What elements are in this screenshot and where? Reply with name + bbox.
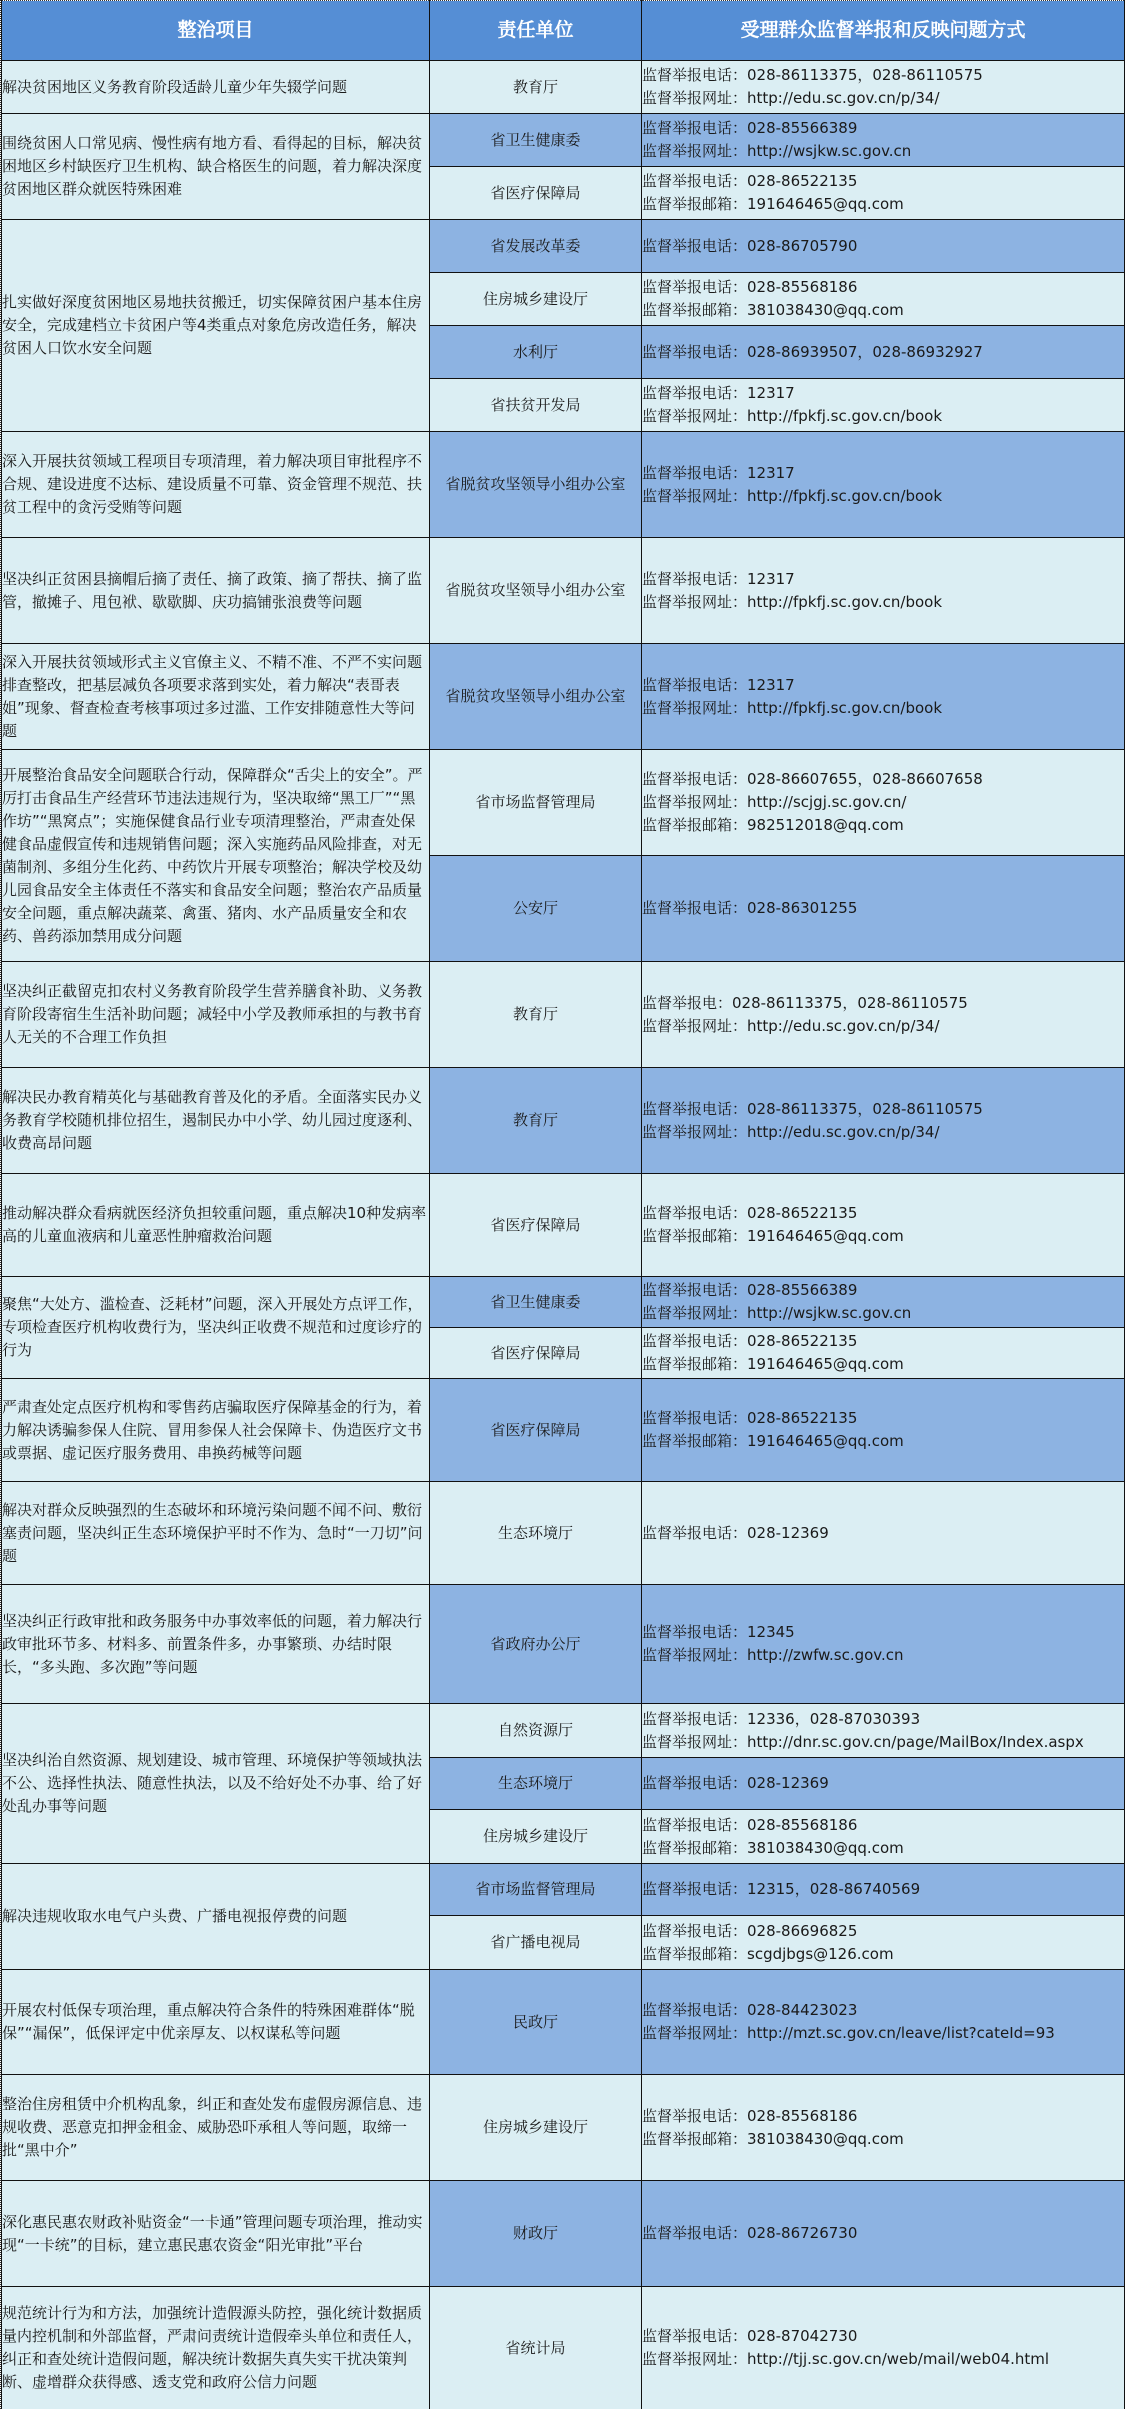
contact-method-cell: 监督举报电话：12317监督举报网址：http://fpkfj.sc.gov.c… [642,538,1125,644]
responsible-unit-cell: 省卫生健康委 [430,114,642,167]
report-website-link[interactable]: 监督举报网址：http://dnr.sc.gov.cn/page/MailBox… [642,1731,1124,1754]
header-contact: 受理群众监督举报和反映问题方式 [642,1,1125,61]
report-website-link[interactable]: 监督举报网址：http://edu.sc.gov.cn/p/34/ [642,1015,1124,1038]
contact-method-cell: 监督举报电话：028-85568186监督举报邮箱：381038430@qq.c… [642,1810,1125,1864]
responsible-unit-cell: 省发展改革委 [430,220,642,273]
table-row: 解决对群众反映强烈的生态破坏和环境污染问题不闻不问、敷衍塞责问题，坚决纠正生态环… [2,1482,1125,1585]
responsible-unit-cell: 省脱贫攻坚领导小组办公室 [430,644,642,750]
responsible-unit-cell: 教育厅 [430,61,642,114]
report-website-link[interactable]: 监督举报网址：http://fpkfj.sc.gov.cn/book [642,405,1124,428]
rectification-table: 整治项目 责任单位 受理群众监督举报和反映问题方式 解决贫困地区义务教育阶段适龄… [1,0,1125,2409]
rectification-item-cell: 坚决纠治自然资源、规划建设、城市管理、环境保护等领域执法不公、选择性执法、随意性… [2,1704,430,1864]
table-row: 解决违规收取水电气户头费、广播电视报停费的问题省市场监督管理局监督举报电话：12… [2,1864,1125,1916]
contact-method-cell: 监督举报电话：028-85568186监督举报邮箱：381038430@qq.c… [642,273,1125,326]
report-phone: 监督举报电话：028-86726730 [642,2222,1124,2245]
report-phone: 监督举报电话：028-86522135 [642,1407,1124,1430]
responsible-unit-cell: 生态环境厅 [430,1482,642,1585]
responsible-unit-cell: 省政府办公厅 [430,1585,642,1704]
contact-method-cell: 监督举报电话：028-85566389监督举报网址：http://wsjkw.s… [642,114,1125,167]
contact-method-cell: 监督举报电话：028-85568186监督举报邮箱：381038430@qq.c… [642,2075,1125,2181]
rectification-item-cell: 解决违规收取水电气户头费、广播电视报停费的问题 [2,1864,430,1970]
contact-method-cell: 监督举报电话：028-86522135监督举报邮箱：191646465@qq.c… [642,1328,1125,1379]
responsible-unit-cell: 省统计局 [430,2287,642,2409]
responsible-unit-cell: 教育厅 [430,1068,642,1174]
table-row: 严肃查处定点医疗机构和零售药店骗取医疗保障基金的行为，着力解决诱骗参保人住院、冒… [2,1379,1125,1482]
report-phone: 监督举报电话：028-86607655，028-86607658 [642,768,1124,791]
table-body: 解决贫困地区义务教育阶段适龄儿童少年失辍学问题教育厅监督举报电话：028-861… [2,61,1125,2409]
report-email: 监督举报邮箱：191646465@qq.com [642,1430,1124,1453]
report-website-link[interactable]: 监督举报网址：http://wsjkw.sc.gov.cn [642,140,1124,163]
report-phone: 监督举报电话：028-86113375，028-86110575 [642,1098,1124,1121]
header-unit: 责任单位 [430,1,642,61]
table-row: 解决贫困地区义务教育阶段适龄儿童少年失辍学问题教育厅监督举报电话：028-861… [2,61,1125,114]
contact-method-cell: 监督举报电话：028-86113375，028-86110575监督举报网址：h… [642,61,1125,114]
table-row: 深入开展扶贫领域工程项目专项清理，着力解决项目审批程序不合规、建设进度不达标、建… [2,432,1125,538]
responsible-unit-cell: 省医疗保障局 [430,1328,642,1379]
responsible-unit-cell: 省市场监督管理局 [430,1864,642,1916]
report-email: 监督举报邮箱：191646465@qq.com [642,1225,1124,1248]
contact-method-cell: 监督举报电话：028-86522135监督举报邮箱：191646465@qq.c… [642,167,1125,220]
rectification-item-cell: 开展整治食品安全问题联合行动，保障群众“舌尖上的安全”。严厉打击食品生产经营环节… [2,750,430,962]
report-email: 监督举报邮箱：381038430@qq.com [642,1837,1124,1860]
report-email: 监督举报邮箱：scgdjbgs@126.com [642,1943,1124,1966]
report-phone: 监督举报电话：028-85566389 [642,117,1124,140]
table-row: 推动解决群众看病就医经济负担较重问题，重点解决10种发病率高的儿童血液病和儿童恶… [2,1174,1125,1277]
contact-method-cell: 监督举报电话：028-12369 [642,1482,1125,1585]
rectification-item-cell: 整治住房租赁中介机构乱象，纠正和查处发布虚假房源信息、违规收费、恶意克扣押金租金… [2,2075,430,2181]
rectification-item-cell: 深入开展扶贫领域形式主义官僚主义、不精不准、不严不实问题排查整改，把基层减负各项… [2,644,430,750]
responsible-unit-cell: 自然资源厅 [430,1704,642,1758]
rectification-item-cell: 解决民办教育精英化与基础教育普及化的矛盾。全面落实民办义务教育学校随机排位招生，… [2,1068,430,1174]
rectification-item-cell: 推动解决群众看病就医经济负担较重问题，重点解决10种发病率高的儿童血液病和儿童恶… [2,1174,430,1277]
table-row: 围绕贫困人口常见病、慢性病有地方看、看得起的目标，解决贫困地区乡村缺医疗卫生机构… [2,114,1125,167]
report-phone: 监督举报电话：028-86522135 [642,170,1124,193]
report-phone: 监督举报电话：12345 [642,1621,1124,1644]
table-row: 聚焦“大处方、滥检查、泛耗材”问题，深入开展处方点评工作，专项检查医疗机构收费行… [2,1277,1125,1328]
table-row: 坚决纠正贫困县摘帽后摘了责任、摘了政策、摘了帮扶、摘了监管，撤摊子、甩包袱、歇歇… [2,538,1125,644]
report-phone: 监督举报电话：028-86301255 [642,897,1124,920]
contact-method-cell: 监督举报电：028-86113375，028-86110575监督举报网址：ht… [642,962,1125,1068]
rectification-item-cell: 深入开展扶贫领域工程项目专项清理，着力解决项目审批程序不合规、建设进度不达标、建… [2,432,430,538]
contact-method-cell: 监督举报电话：028-86726730 [642,2181,1125,2287]
report-email: 监督举报邮箱：381038430@qq.com [642,2128,1124,2151]
rectification-item-cell: 规范统计行为和方法，加强统计造假源头防控，强化统计数据质量内控机制和外部监督，严… [2,2287,430,2409]
report-phone: 监督举报电话：028-12369 [642,1522,1124,1545]
contact-method-cell: 监督举报电话：12315，028-86740569 [642,1864,1125,1916]
report-phone: 监督举报电话：12336，028-87030393 [642,1708,1124,1731]
contact-method-cell: 监督举报电话：028-86705790 [642,220,1125,273]
responsible-unit-cell: 省医疗保障局 [430,167,642,220]
report-phone: 监督举报电话：028-86522135 [642,1202,1124,1225]
table-row: 深化惠民惠农财政补贴资金“一卡通”管理问题专项治理，推动实现“一卡统”的目标，建… [2,2181,1125,2287]
contact-method-cell: 监督举报电话：12317监督举报网址：http://fpkfj.sc.gov.c… [642,379,1125,432]
rectification-item-cell: 坚决纠正截留克扣农村义务教育阶段学生营养膳食补助、义务教育阶段寄宿生生活补助问题… [2,962,430,1068]
rectification-table-sheet: 整治项目 责任单位 受理群众监督举报和反映问题方式 解决贫困地区义务教育阶段适龄… [0,0,1124,2409]
report-phone: 监督举报电话：028-87042730 [642,2325,1124,2348]
report-website-link[interactable]: 监督举报网址：http://fpkfj.sc.gov.cn/book [642,485,1124,508]
report-phone: 监督举报电话：028-86939507，028-86932927 [642,341,1124,364]
rectification-item-cell: 解决贫困地区义务教育阶段适龄儿童少年失辍学问题 [2,61,430,114]
responsible-unit-cell: 省医疗保障局 [430,1174,642,1277]
responsible-unit-cell: 民政厅 [430,1970,642,2075]
contact-method-cell: 监督举报电话：12317监督举报网址：http://fpkfj.sc.gov.c… [642,432,1125,538]
table-row: 解决民办教育精英化与基础教育普及化的矛盾。全面落实民办义务教育学校随机排位招生，… [2,1068,1125,1174]
report-phone: 监督举报电话：028-85568186 [642,2105,1124,2128]
rectification-item-cell: 解决对群众反映强烈的生态破坏和环境污染问题不闻不问、敷衍塞责问题，坚决纠正生态环… [2,1482,430,1585]
header-row: 整治项目 责任单位 受理群众监督举报和反映问题方式 [2,1,1125,61]
report-phone: 监督举报电：028-86113375，028-86110575 [642,992,1124,1015]
report-phone: 监督举报电话：028-12369 [642,1772,1124,1795]
contact-method-cell: 监督举报电话：028-12369 [642,1758,1125,1810]
responsible-unit-cell: 住房城乡建设厅 [430,2075,642,2181]
table-row: 整治住房租赁中介机构乱象，纠正和查处发布虚假房源信息、违规收费、恶意克扣押金租金… [2,2075,1125,2181]
report-phone: 监督举报电话：12317 [642,568,1124,591]
table-row: 坚决纠正行政审批和政务服务中办事效率低的问题，着力解决行政审批环节多、材料多、前… [2,1585,1125,1704]
contact-method-cell: 监督举报电话：028-86939507，028-86932927 [642,326,1125,379]
responsible-unit-cell: 省脱贫攻坚领导小组办公室 [430,432,642,538]
contact-method-cell: 监督举报电话：028-86522135监督举报邮箱：191646465@qq.c… [642,1174,1125,1277]
report-email: 监督举报邮箱：982512018@qq.com [642,814,1124,837]
table-row: 开展农村低保专项治理，重点解决符合条件的特殊困难群体“脱保”“漏保”，低保评定中… [2,1970,1125,2075]
rectification-item-cell: 开展农村低保专项治理，重点解决符合条件的特殊困难群体“脱保”“漏保”，低保评定中… [2,1970,430,2075]
report-phone: 监督举报电话：028-86113375，028-86110575 [642,64,1124,87]
report-phone: 监督举报电话：028-85568186 [642,1814,1124,1837]
report-phone: 监督举报电话：028-84423023 [642,1999,1124,2022]
report-phone: 监督举报电话：028-85568186 [642,276,1124,299]
report-phone: 监督举报电话：028-86696825 [642,1920,1124,1943]
report-phone: 监督举报电话：12317 [642,462,1124,485]
contact-method-cell: 监督举报电话：12336，028-87030393监督举报网址：http://d… [642,1704,1125,1758]
table-row: 坚决纠治自然资源、规划建设、城市管理、环境保护等领域执法不公、选择性执法、随意性… [2,1704,1125,1758]
contact-method-cell: 监督举报电话：028-86522135监督举报邮箱：191646465@qq.c… [642,1379,1125,1482]
contact-method-cell: 监督举报电话：028-86113375，028-86110575监督举报网址：h… [642,1068,1125,1174]
report-phone: 监督举报电话：028-85566389 [642,1279,1124,1302]
responsible-unit-cell: 水利厅 [430,326,642,379]
responsible-unit-cell: 教育厅 [430,962,642,1068]
rectification-item-cell: 严肃查处定点医疗机构和零售药店骗取医疗保障基金的行为，着力解决诱骗参保人住院、冒… [2,1379,430,1482]
report-website-link[interactable]: 监督举报网址：http://edu.sc.gov.cn/p/34/ [642,87,1124,110]
rectification-item-cell: 围绕贫困人口常见病、慢性病有地方看、看得起的目标，解决贫困地区乡村缺医疗卫生机构… [2,114,430,220]
contact-method-cell: 监督举报电话：12345监督举报网址：http://zwfw.sc.gov.cn [642,1585,1125,1704]
report-website-link[interactable]: 监督举报网址：http://zwfw.sc.gov.cn [642,1644,1124,1667]
contact-method-cell: 监督举报电话：028-87042730监督举报网址：http://tjj.sc.… [642,2287,1125,2409]
responsible-unit-cell: 省卫生健康委 [430,1277,642,1328]
rectification-item-cell: 深化惠民惠农财政补贴资金“一卡通”管理问题专项治理，推动实现“一卡统”的目标，建… [2,2181,430,2287]
contact-method-cell: 监督举报电话：12317监督举报网址：http://fpkfj.sc.gov.c… [642,644,1125,750]
report-phone: 监督举报电话：12315，028-86740569 [642,1878,1124,1901]
report-website-link[interactable]: 监督举报网址：http://wsjkw.sc.gov.cn [642,1302,1124,1325]
rectification-item-cell: 坚决纠正行政审批和政务服务中办事效率低的问题，着力解决行政审批环节多、材料多、前… [2,1585,430,1704]
report-website-link[interactable]: 监督举报网址：http://mzt.sc.gov.cn/leave/list?c… [642,2022,1124,2045]
table-row: 扎实做好深度贫困地区易地扶贫搬迁，切实保障贫困户基本住房安全，完成建档立卡贫困户… [2,220,1125,273]
report-email: 监督举报邮箱：381038430@qq.com [642,299,1124,322]
table-row: 坚决纠正截留克扣农村义务教育阶段学生营养膳食补助、义务教育阶段寄宿生生活补助问题… [2,962,1125,1068]
report-phone: 监督举报电话：12317 [642,674,1124,697]
contact-method-cell: 监督举报电话：028-86696825监督举报邮箱：scgdjbgs@126.c… [642,1916,1125,1970]
header-item: 整治项目 [2,1,430,61]
rectification-item-cell: 坚决纠正贫困县摘帽后摘了责任、摘了政策、摘了帮扶、摘了监管，撤摊子、甩包袱、歇歇… [2,538,430,644]
responsible-unit-cell: 省广播电视局 [430,1916,642,1970]
responsible-unit-cell: 省医疗保障局 [430,1379,642,1482]
report-website-link[interactable]: 监督举报网址：http://edu.sc.gov.cn/p/34/ [642,1121,1124,1144]
contact-method-cell: 监督举报电话：028-84423023监督举报网址：http://mzt.sc.… [642,1970,1125,2075]
contact-method-cell: 监督举报电话：028-86301255 [642,856,1125,962]
responsible-unit-cell: 住房城乡建设厅 [430,1810,642,1864]
report-email: 监督举报邮箱：191646465@qq.com [642,193,1124,216]
report-website-link[interactable]: 监督举报网址：http://tjj.sc.gov.cn/web/mail/web… [642,2348,1124,2371]
table-row: 深入开展扶贫领域形式主义官僚主义、不精不准、不严不实问题排查整改，把基层减负各项… [2,644,1125,750]
responsible-unit-cell: 生态环境厅 [430,1758,642,1810]
responsible-unit-cell: 住房城乡建设厅 [430,273,642,326]
responsible-unit-cell: 省扶贫开发局 [430,379,642,432]
rectification-item-cell: 聚焦“大处方、滥检查、泛耗材”问题，深入开展处方点评工作，专项检查医疗机构收费行… [2,1277,430,1379]
responsible-unit-cell: 财政厅 [430,2181,642,2287]
responsible-unit-cell: 公安厅 [430,856,642,962]
report-phone: 监督举报电话：028-86522135 [642,1330,1124,1353]
table-row: 开展整治食品安全问题联合行动，保障群众“舌尖上的安全”。严厉打击食品生产经营环节… [2,750,1125,856]
contact-method-cell: 监督举报电话：028-86607655，028-86607658监督举报网址：h… [642,750,1125,856]
report-website-link[interactable]: 监督举报网址：http://fpkfj.sc.gov.cn/book [642,697,1124,720]
report-website-link[interactable]: 监督举报网址：http://fpkfj.sc.gov.cn/book [642,591,1124,614]
report-phone: 监督举报电话：028-86705790 [642,235,1124,258]
contact-method-cell: 监督举报电话：028-85566389监督举报网址：http://wsjkw.s… [642,1277,1125,1328]
report-email: 监督举报邮箱：191646465@qq.com [642,1353,1124,1376]
table-row: 规范统计行为和方法，加强统计造假源头防控，强化统计数据质量内控机制和外部监督，严… [2,2287,1125,2409]
responsible-unit-cell: 省市场监督管理局 [430,750,642,856]
rectification-item-cell: 扎实做好深度贫困地区易地扶贫搬迁，切实保障贫困户基本住房安全，完成建档立卡贫困户… [2,220,430,432]
report-phone: 监督举报电话：12317 [642,382,1124,405]
responsible-unit-cell: 省脱贫攻坚领导小组办公室 [430,538,642,644]
report-website-link[interactable]: 监督举报网址：http://scjgj.sc.gov.cn/ [642,791,1124,814]
